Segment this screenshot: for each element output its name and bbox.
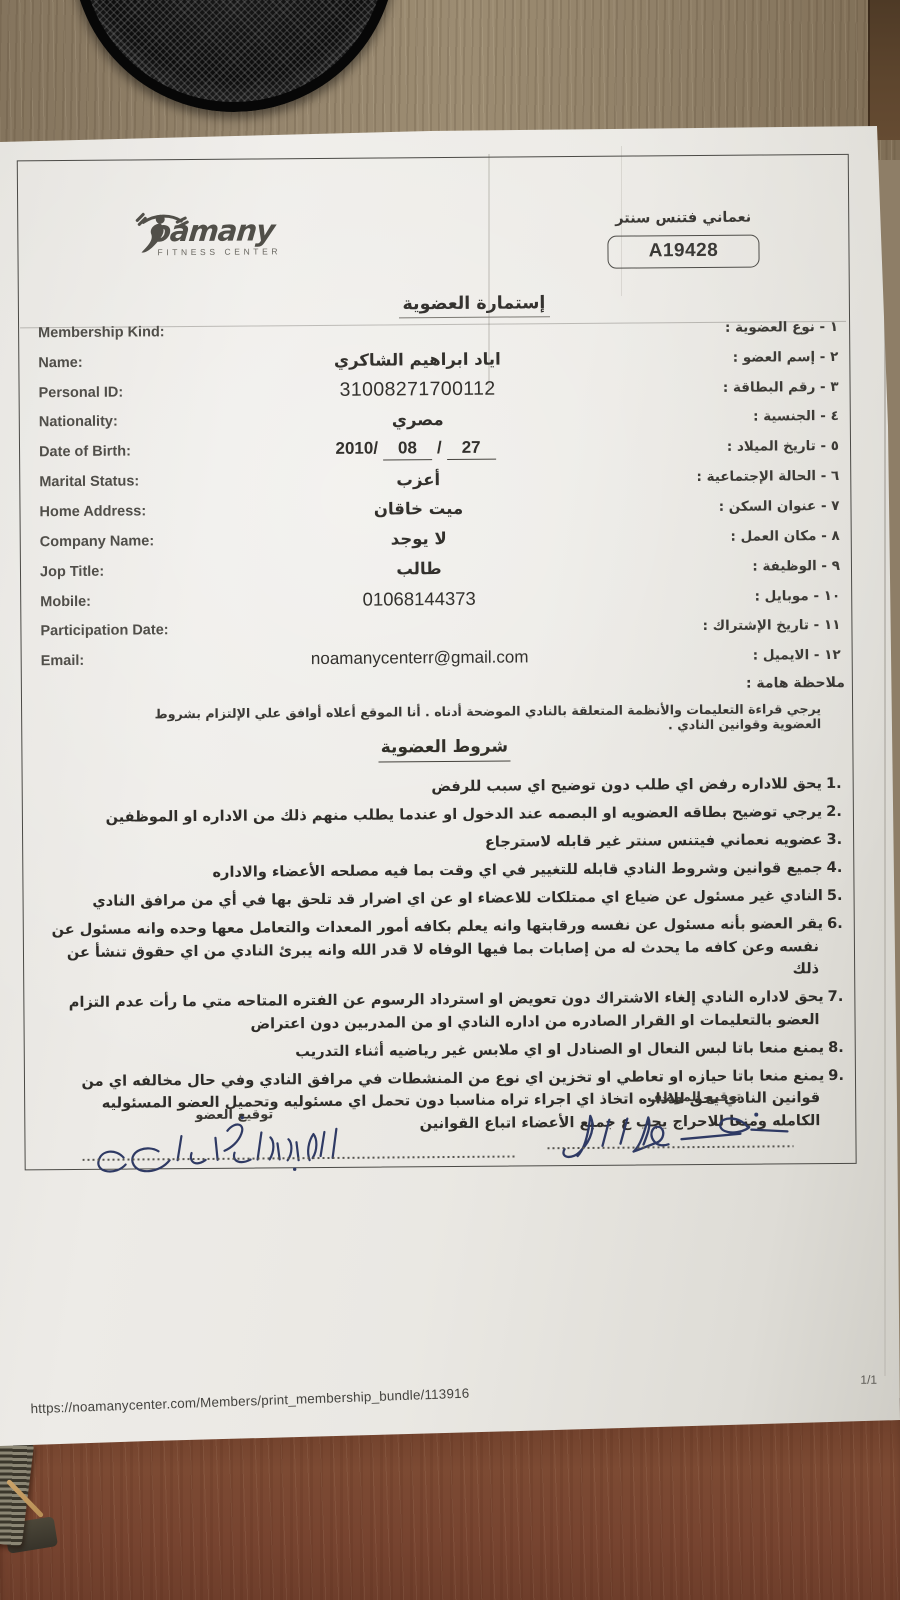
field-label-en: Name: [30,353,232,371]
membership-code-box: A19428 [607,235,759,269]
field-value: مصري [233,409,603,431]
field-value [232,329,602,332]
term-number: 8. [828,1038,844,1055]
page-indicator: 1/1 [860,1373,877,1387]
field-row: Email:noamanycenterr@gmail.com١٢ - الايم… [33,640,843,676]
field-label-en: Home Address: [31,503,233,521]
term-text: يقر العضو بأنه مسئول عن نفسه ورقابتها وا… [52,915,824,977]
term-item: 2.يرجي توضيح بطاقه العضويه او البصمه عند… [50,801,842,830]
date-part-month: 08 [383,438,432,460]
term-number: 7. [828,988,844,1005]
wood-plank-seam [868,0,900,140]
brand-logo: oamany FITNESS CENTER [137,215,287,257]
field-label-en: Jop Title: [32,562,234,580]
field-value: اياد ابراهيم الشاكري [232,349,602,371]
term-number: 4. [827,859,843,876]
term-text: عضويه نعماني فيتنس سنتر غير قابله لاسترج… [485,831,823,851]
term-text: النادي غير مسئول عن ضياع اي ممتلكات للاع… [92,887,823,910]
term-number: 2. [826,803,842,820]
field-label-en: Mobile: [32,592,234,610]
center-name-arabic: نعماني فتنس سنتر [607,210,759,227]
term-item: 1.يحق للاداره رفض اي طلب دون توضيح اي سب… [50,773,842,802]
field-label-ar: ١١ - تاريخ الإشتراك : [604,617,842,635]
brand-wordmark: oamany [136,215,289,246]
photo-scene: oamany FITNESS CENTER نعماني فتنس سنتر A… [0,0,900,1600]
print-url: https://noamanycenter.com/Members/print_… [30,1386,469,1417]
field-label-en: Participation Date: [32,622,234,640]
field-label-ar: ٧ - عنوان السكن : [603,498,841,516]
field-label-ar: ٥ - تاريخ الميلاد : [603,438,841,456]
field-label-ar: ٤ - الجنسية : [603,408,841,426]
field-label-en: Date of Birth: [31,443,233,461]
term-number: 3. [826,831,842,848]
date-part-sep2: / [437,438,442,457]
field-value: 2010/08/27 [233,437,603,462]
term-text: جميع قوانين وشروط النادي قابله للتغيير ف… [212,859,822,881]
field-label-en: Nationality: [31,413,233,431]
membership-form-paper: oamany FITNESS CENTER نعماني فتنس سنتر A… [0,126,900,1448]
field-label-en: Email: [33,652,235,670]
field-label-en: Personal ID: [31,383,233,401]
field-label-ar: ١٠ - موبايل : [604,587,842,605]
term-number: 9. [828,1066,844,1083]
term-item: 5.النادي غير مسئول عن ضياع اي ممتلكات لل… [50,885,842,914]
important-note-text: يرجي قراءة التعليمات والأنظمة المتعلقة ب… [109,701,841,737]
terms-heading: شروط العضوية [344,736,544,758]
field-value: 31008271700112 [232,377,602,403]
field-value: لا يوجد [234,528,604,550]
field-label-ar: ١ - نوع العضوية : [602,319,840,337]
field-label-ar: ٦ - الحالة الإجتماعية : [603,468,841,486]
date-part-sep1: / [373,439,378,458]
field-label-ar: ٢ - إسم العضو : [602,349,840,367]
field-label-en: Marital Status: [31,473,233,491]
important-note-heading: ملاحظة هامة : [599,675,853,693]
term-text: يرجي توضيح بطاقه العضويه او البصمه عند ا… [105,803,822,826]
term-item: 7.يحق لاداره النادي إلغاء الاشتراك دون ت… [51,986,843,1037]
term-text: يمنع منعا باتا لبس النعال او الصنادل او … [295,1039,824,1060]
field-value [234,627,604,630]
term-number: 1. [826,775,842,792]
terms-section: 1.يحق للاداره رفض اي طلب دون توضيح اي سب… [50,773,845,1144]
date-part-year: 2010 [335,439,373,458]
field-label-en: Membership Kind: [30,324,232,342]
form-title: إستمارة العضوية [374,293,574,315]
field-value: أعزب [233,468,603,490]
field-label-ar: ٩ - الوظيفة : [604,558,842,576]
field-value: طالب [234,558,604,580]
term-item: 8.يمنع منعا باتا لبس النعال او الصنادل ا… [52,1036,844,1065]
term-number: 5. [827,887,843,904]
field-label-en: Company Name: [32,533,234,551]
fields-section: Membership Kind:١ - نوع العضوية :Name:اي… [30,312,843,676]
term-item: 6.يقر العضو بأنه مسئول عن نفسه ورقابتها … [51,913,844,987]
field-value: 01068144373 [234,586,604,611]
field-value: ميت خاقان [233,498,603,520]
field-label-ar: ٨ - مكان العمل : [604,528,842,546]
employee-signature [550,1103,800,1163]
date-part-day: 27 [447,438,496,460]
term-text: يحق لاداره النادي إلغاء الاشتراك دون تعو… [69,988,824,1032]
member-signature [84,1113,348,1179]
field-label-ar: ١٢ - الايميل : [605,647,843,665]
term-number: 6. [827,915,843,932]
term-item: 4.جميع قوانين وشروط النادي قابله للتغيير… [50,857,842,886]
printed-document: oamany FITNESS CENTER نعماني فتنس سنتر A… [0,122,900,1451]
term-text: يحق للاداره رفض اي طلب دون توضيح اي سبب … [431,775,822,795]
field-value: noamanycenterr@gmail.com [235,647,605,670]
field-label-ar: ٣ - رقم البطاقة : [603,379,841,397]
term-item: 3.عضويه نعماني فيتنس سنتر غير قابله لاست… [50,829,842,858]
